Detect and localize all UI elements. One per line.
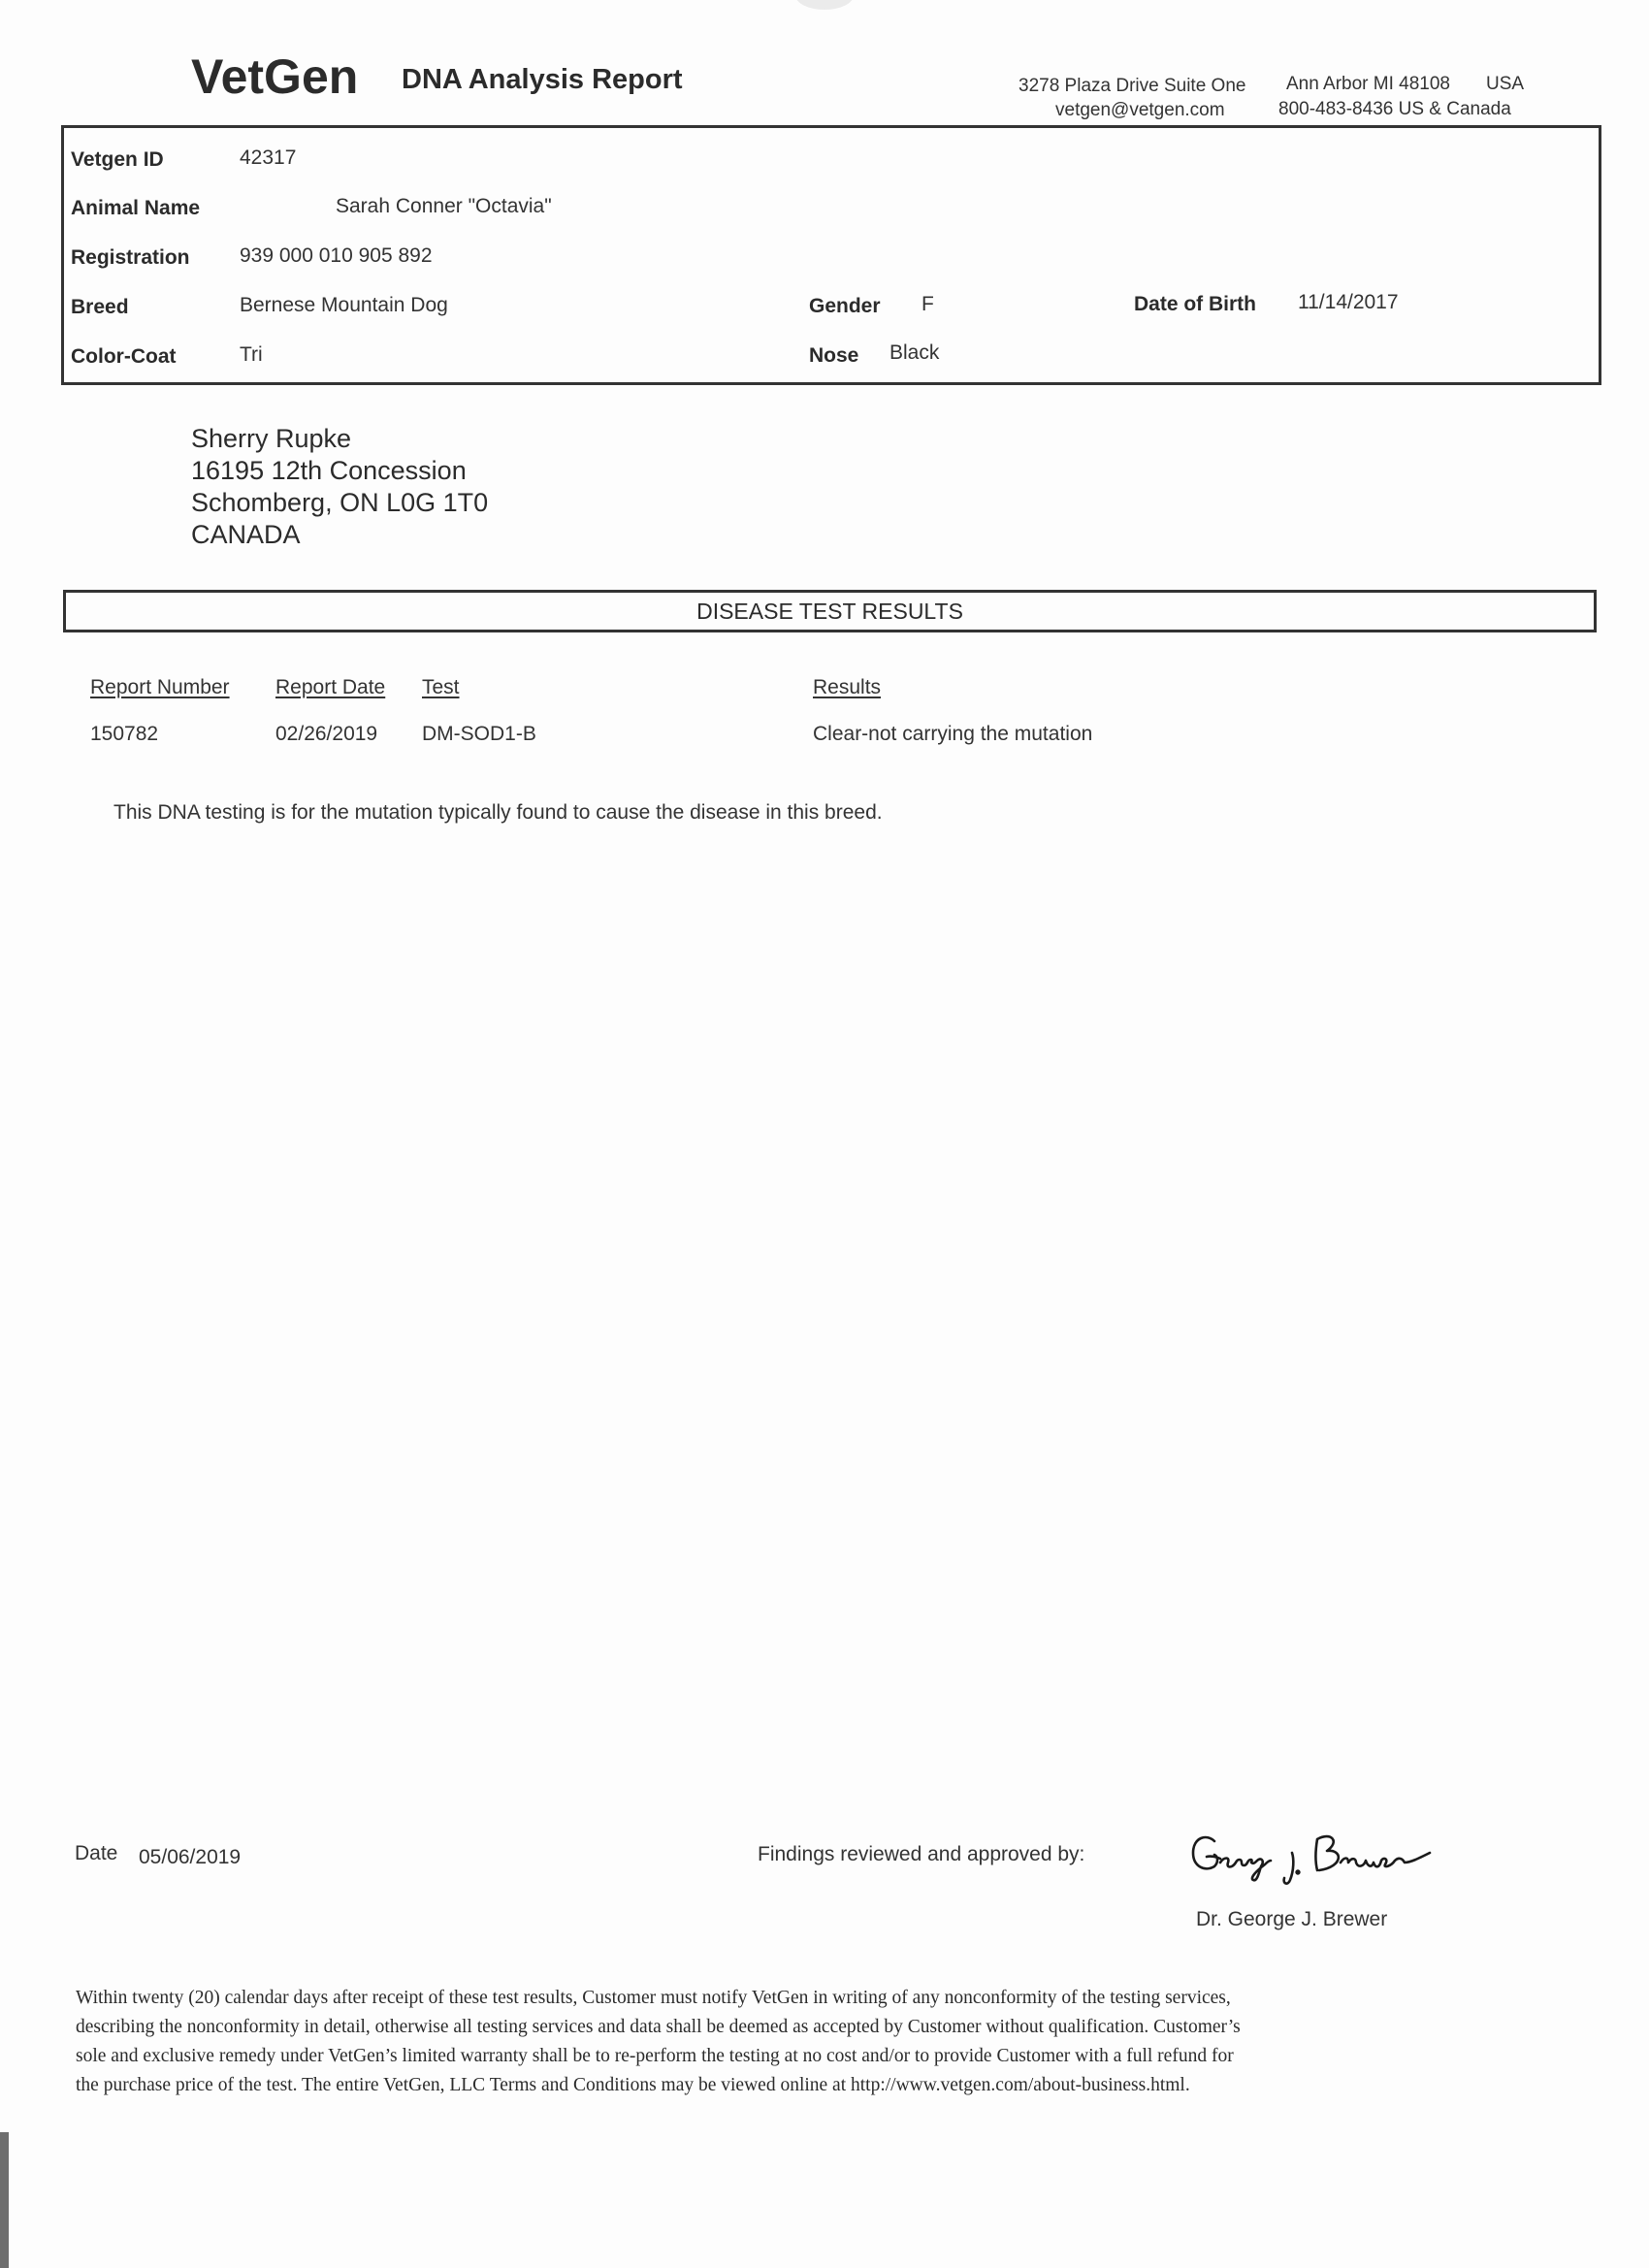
owner-name: Sherry Rupke (191, 424, 351, 454)
owner-country: CANADA (191, 520, 301, 550)
report-date-label: Date (75, 1842, 117, 1865)
color-coat-value: Tri (240, 343, 263, 367)
vetgen-id-label: Vetgen ID (71, 148, 164, 172)
registration-value: 939 000 010 905 892 (240, 244, 433, 268)
date-of-birth-label: Date of Birth (1134, 293, 1256, 316)
results-section-header: DISEASE TEST RESULTS (63, 590, 1597, 632)
gender-label: Gender (809, 295, 881, 318)
disclaimer-line: sole and exclusive remedy under VetGen’s… (76, 2042, 1434, 2071)
result-cell: Clear-not carrying the mutation (813, 723, 1092, 746)
company-phone: 800-483-8436 US & Canada (1278, 99, 1511, 120)
scan-artifact (795, 0, 854, 10)
column-header-report-number: Report Number (90, 676, 230, 699)
signature-graphic (1185, 1824, 1476, 1901)
company-email: vetgen@vetgen.com (1055, 100, 1225, 121)
test-cell: DM-SOD1-B (422, 723, 536, 746)
column-header-report-date: Report Date (275, 676, 385, 699)
animal-name-value: Sarah Conner "Octavia" (336, 195, 552, 218)
report-number-cell: 150782 (90, 723, 158, 746)
gender-value: F (921, 293, 934, 316)
report-date-value: 05/06/2019 (139, 1846, 241, 1869)
nose-value: Black (889, 341, 939, 365)
animal-name-label: Animal Name (71, 197, 200, 220)
column-header-test: Test (422, 676, 460, 699)
scan-edge-shadow (0, 2132, 9, 2268)
vetgen-id-value: 42317 (240, 146, 296, 170)
registration-label: Registration (71, 246, 190, 270)
disclaimer-text: Within twenty (20) calendar days after r… (76, 1984, 1434, 2100)
owner-city: Schomberg, ON L0G 1T0 (191, 488, 488, 518)
nose-label: Nose (809, 344, 858, 368)
owner-street: 16195 12th Concession (191, 456, 467, 486)
disclaimer-line: the purchase price of the test. The enti… (76, 2071, 1434, 2100)
disclaimer-line: describing the nonconformity in detail, … (76, 2013, 1434, 2042)
column-header-results: Results (813, 676, 881, 699)
breed-label: Breed (71, 296, 129, 319)
company-country: USA (1486, 74, 1524, 95)
test-note: This DNA testing is for the mutation typ… (113, 801, 883, 825)
company-street: 3278 Plaza Drive Suite One (1018, 76, 1245, 97)
results-section-title: DISEASE TEST RESULTS (696, 599, 963, 625)
breed-value: Bernese Mountain Dog (240, 294, 448, 317)
report-date-cell: 02/26/2019 (275, 723, 377, 746)
report-title: DNA Analysis Report (402, 64, 683, 96)
disclaimer-line: Within twenty (20) calendar days after r… (76, 1984, 1434, 2013)
approval-label: Findings reviewed and approved by: (758, 1843, 1084, 1866)
brand-logo: VetGen (191, 49, 358, 105)
signer-name: Dr. George J. Brewer (1196, 1908, 1387, 1931)
company-city: Ann Arbor MI 48108 (1286, 74, 1450, 95)
date-of-birth-value: 11/14/2017 (1298, 291, 1399, 314)
color-coat-label: Color-Coat (71, 345, 177, 369)
